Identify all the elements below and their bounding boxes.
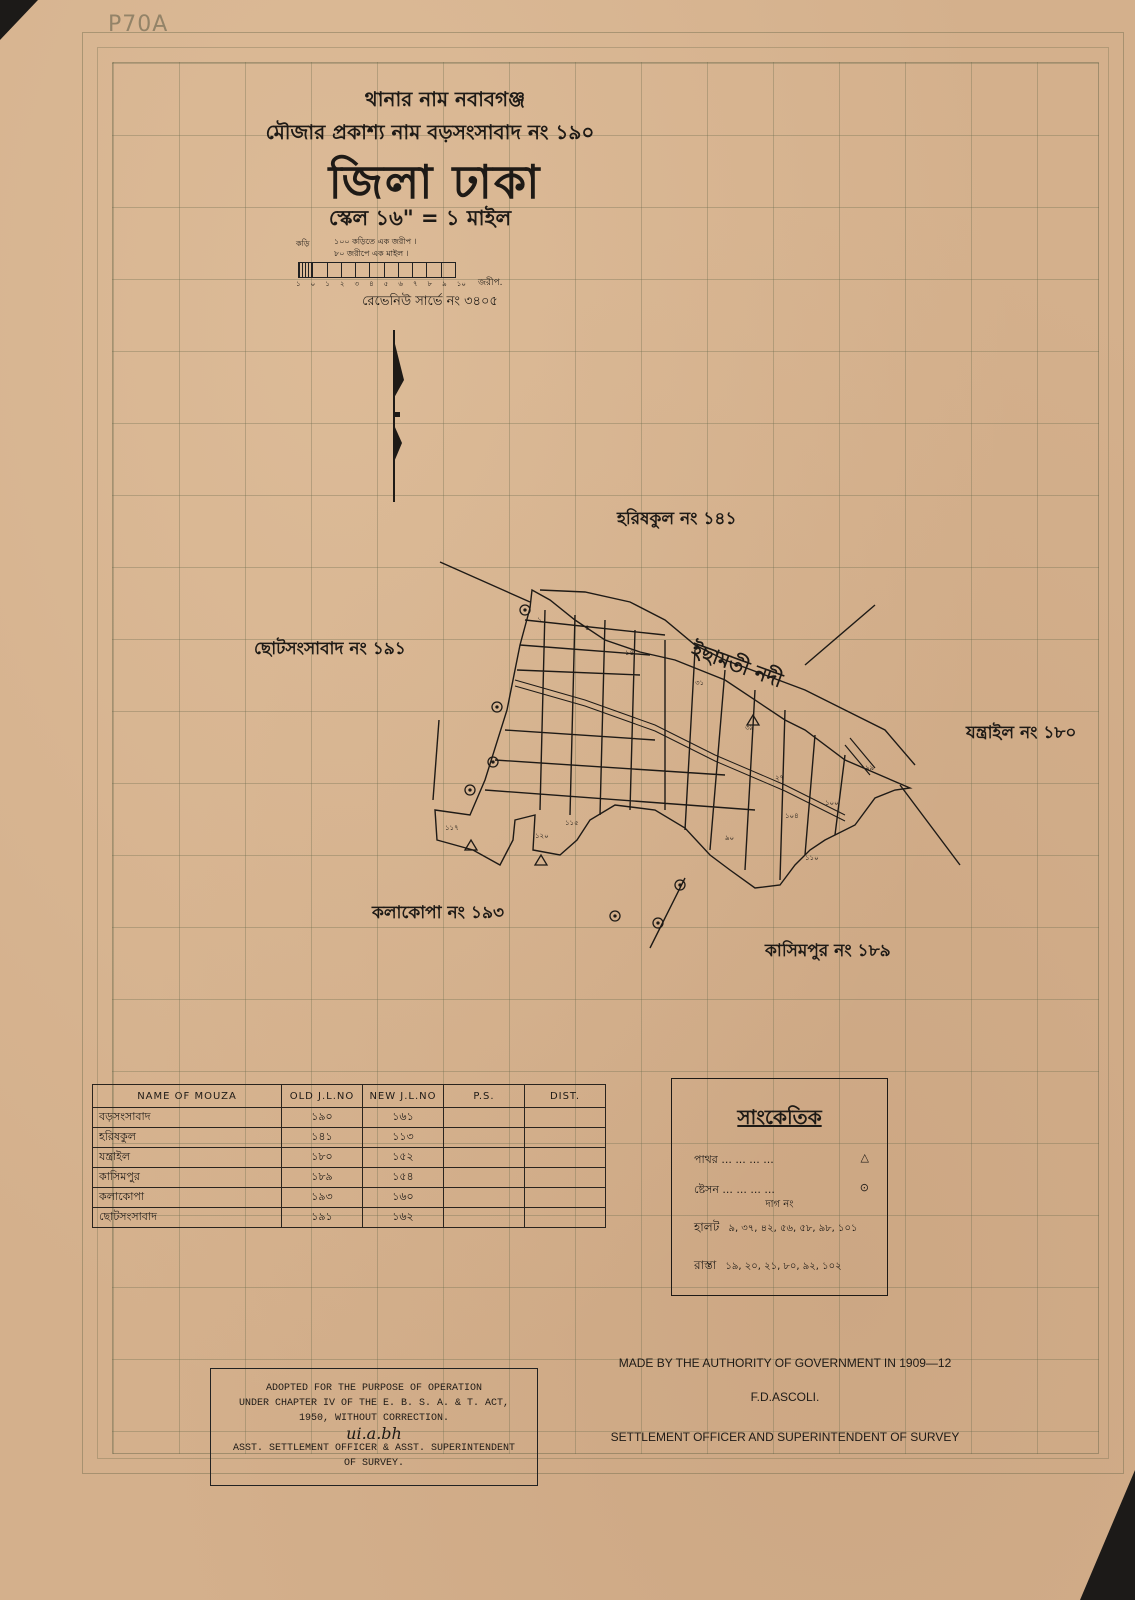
neighbor-west-label: ছোটসংসাবাদ নং ১৯১: [254, 636, 406, 664]
adoption-stamp: ADOPTED FOR THE PURPOSE OF OPERATION UND…: [210, 1368, 538, 1486]
new-jl-cell: ১১৩: [363, 1128, 444, 1148]
rasta-label: রাস্তা: [694, 1258, 716, 1272]
ps-cell: [444, 1128, 525, 1148]
rasta-row: রাস্তা ১৯, ২০, ২১, ৮০, ৯২, ১০২: [694, 1257, 842, 1277]
rasta-values: ১৯, ২০, ২১, ৮০, ৯২, ১০২: [725, 1261, 841, 1272]
north-arrow-icon: [390, 330, 410, 502]
mouza-name-cell: কাসিমপুর: [93, 1168, 282, 1188]
svg-text:৯০: ৯০: [725, 834, 734, 842]
made-by-authority: MADE BY THE AUTHORITY OF GOVERNMENT IN 1…: [560, 1356, 1010, 1370]
stamp-designation-2: OF SURVEY.: [211, 1456, 537, 1471]
dist-cell: [525, 1148, 606, 1168]
legend-item-stone: পাথর ... ... ... ... △: [694, 1151, 869, 1170]
scale-tick: ১০: [457, 278, 466, 290]
table-row: কাসিমপুর ১৮৯ ১৫৪: [93, 1168, 606, 1188]
col-header: P.S.: [444, 1085, 525, 1108]
legend-box: সাংকেতিক পাথর ... ... ... ... △ ষ্টেসন .…: [671, 1078, 888, 1296]
halat-values: ৯, ৩৭, ৪২, ৫৬, ৫৮, ৯৮, ১০১: [728, 1223, 857, 1234]
table-row: কলাকোপা ১৯৩ ১৬০: [93, 1188, 606, 1208]
mouza-name-cell: বড়সংসাবাদ: [93, 1108, 282, 1128]
table-header-row: NAME OF MOUZA OLD J.L.NO NEW J.L.NO P.S.…: [93, 1085, 606, 1108]
mouza-name-cell: কলাকোপা: [93, 1188, 282, 1208]
triangle-icon: △: [861, 1151, 869, 1170]
mouza-table: NAME OF MOUZA OLD J.L.NO NEW J.L.NO P.S.…: [92, 1084, 606, 1228]
ps-cell: [444, 1188, 525, 1208]
new-jl-cell: ১৬১: [363, 1108, 444, 1128]
scale-tick: ৮: [428, 278, 433, 290]
table-row: হরিষকুল ১৪১ ১১৩: [93, 1128, 606, 1148]
col-header: NEW J.L.NO: [363, 1085, 444, 1108]
cadastral-plot-map: ১৪১৪ ৩১৩৯২৭ ১০০৯৯৯০ ১১৭১২০১১৫ ১০৪১১০ ইছা…: [425, 560, 965, 950]
halat-row: হালট ৯, ৩৭, ৪২, ৫৬, ৫৮, ৯৮, ১০১: [694, 1219, 858, 1239]
old-jl-cell: ১৯০: [282, 1108, 363, 1128]
neighbor-east-label: যন্ত্রাইল নং ১৮০: [966, 720, 1076, 748]
old-jl-cell: ১৯১: [282, 1208, 363, 1228]
legend-label: পাথর ... ... ... ...: [694, 1151, 774, 1170]
svg-text:১১৭: ১১৭: [445, 824, 459, 832]
scale-label: স্কেল ১৬" = ১ মাইল: [290, 202, 550, 237]
ps-cell: [444, 1148, 525, 1168]
new-jl-cell: ১৫২: [363, 1148, 444, 1168]
scale-ticks: ১ ০ ১ ২ ৩ ৪ ৫ ৬ ৭ ৮ ৯ ১০: [296, 278, 466, 290]
svg-text:১৪: ১৪: [625, 649, 634, 657]
scale-tick: ৫: [384, 278, 389, 290]
new-jl-cell: ১৫৪: [363, 1168, 444, 1188]
scale-notes: ১০০ কড়িতে এক জরীপ । ৮০ জরীপে এক মাইল ।: [334, 236, 416, 260]
scale-tick: ৪: [369, 278, 374, 290]
scale-bar: [298, 262, 456, 278]
scale-unit-right: জরীপ.: [478, 275, 503, 290]
legend-title: সাংকেতিক: [672, 1103, 887, 1136]
table-row: বড়সংসাবাদ ১৯০ ১৬১: [93, 1108, 606, 1128]
dag-heading: দাগ নং: [672, 1197, 887, 1214]
mouza-name-cell: ছোটসংসাবাদ: [93, 1208, 282, 1228]
svg-text:১০০: ১০০: [825, 799, 839, 807]
scale-tick: ১: [325, 278, 330, 290]
table-row: যন্ত্রাইল ১৮০ ১৫২: [93, 1148, 606, 1168]
revenue-survey-number: রেভেনিউ সার্ভে নং ৩৪০৫: [300, 292, 560, 313]
map-sheet: P70A থানার নাম নবাবগঞ্জ মৌজার প্রকাশ্য ন…: [0, 0, 1135, 1600]
col-header: DIST.: [525, 1085, 606, 1108]
mouza-name: মৌজার প্রকাশ্য নাম বড়সংসাবাদ নং ১৯০: [190, 118, 670, 151]
scale-tick: ৬: [398, 278, 403, 290]
table-row: ছোটসংসাবাদ ১৯১ ১৬২: [93, 1208, 606, 1228]
dist-cell: [525, 1168, 606, 1188]
dist-cell: [525, 1208, 606, 1228]
svg-text:১১০: ১১০: [805, 854, 819, 862]
ps-cell: [444, 1108, 525, 1128]
mouza-name-cell: যন্ত্রাইল: [93, 1148, 282, 1168]
ps-cell: [444, 1208, 525, 1228]
neighbor-north-label: হরিষকুল নং ১৪১: [617, 506, 736, 534]
dist-cell: [525, 1108, 606, 1128]
svg-text:৪: ৪: [585, 624, 590, 632]
svg-text:৩১: ৩১: [695, 679, 704, 687]
halat-label: হালট: [694, 1220, 719, 1234]
old-jl-cell: ১৪১: [282, 1128, 363, 1148]
svg-text:১: ১: [537, 616, 542, 624]
stamp-line-2: UNDER CHAPTER IV OF THE E. B. S. A. & T.…: [211, 1396, 537, 1411]
scale-tick: ২: [340, 278, 345, 290]
scale-note-1: ১০০ কড়িতে এক জরীপ ।: [334, 236, 416, 248]
new-jl-cell: ১৬২: [363, 1208, 444, 1228]
scale-tick: ৯: [442, 278, 447, 290]
svg-text:২৭: ২৭: [775, 774, 784, 782]
dist-cell: [525, 1188, 606, 1208]
old-jl-cell: ১৯৩: [282, 1188, 363, 1208]
ps-cell: [444, 1168, 525, 1188]
dist-cell: [525, 1128, 606, 1148]
mouza-name-cell: হরিষকুল: [93, 1128, 282, 1148]
old-jl-cell: ১৮৯: [282, 1168, 363, 1188]
old-jl-cell: ১৮০: [282, 1148, 363, 1168]
svg-text:১২০: ১২০: [535, 832, 549, 840]
col-header: NAME OF MOUZA: [93, 1085, 282, 1108]
scale-tick: ০: [311, 278, 316, 290]
scale-unit-left: কড়ি: [296, 238, 310, 251]
new-jl-cell: ১৬০: [363, 1188, 444, 1208]
signature: ui.a.bh: [211, 1426, 537, 1441]
scale-note-2: ৮০ জরীপে এক মাইল ।: [334, 248, 416, 260]
scale-tick: ১: [296, 278, 301, 290]
scale-tick: ৭: [413, 278, 418, 290]
sheet-code: P70A: [108, 12, 168, 37]
scale-tick: ৩: [354, 278, 359, 290]
svg-text:১১৫: ১১৫: [565, 819, 579, 827]
stamp-designation-1: ASST. SETTLEMENT OFFICER & ASST. SUPERIN…: [211, 1441, 537, 1456]
officer-name: F.D.ASCOLI.: [560, 1390, 1010, 1404]
svg-text:১০৪: ১০৪: [785, 812, 799, 820]
officer-designation: SETTLEMENT OFFICER AND SUPERINTENDENT OF…: [560, 1430, 1010, 1444]
stamp-line-1: ADOPTED FOR THE PURPOSE OF OPERATION: [211, 1381, 537, 1396]
col-header: OLD J.L.NO: [282, 1085, 363, 1108]
thana-name: থানার নাম নবাবগঞ্জ: [250, 85, 640, 118]
